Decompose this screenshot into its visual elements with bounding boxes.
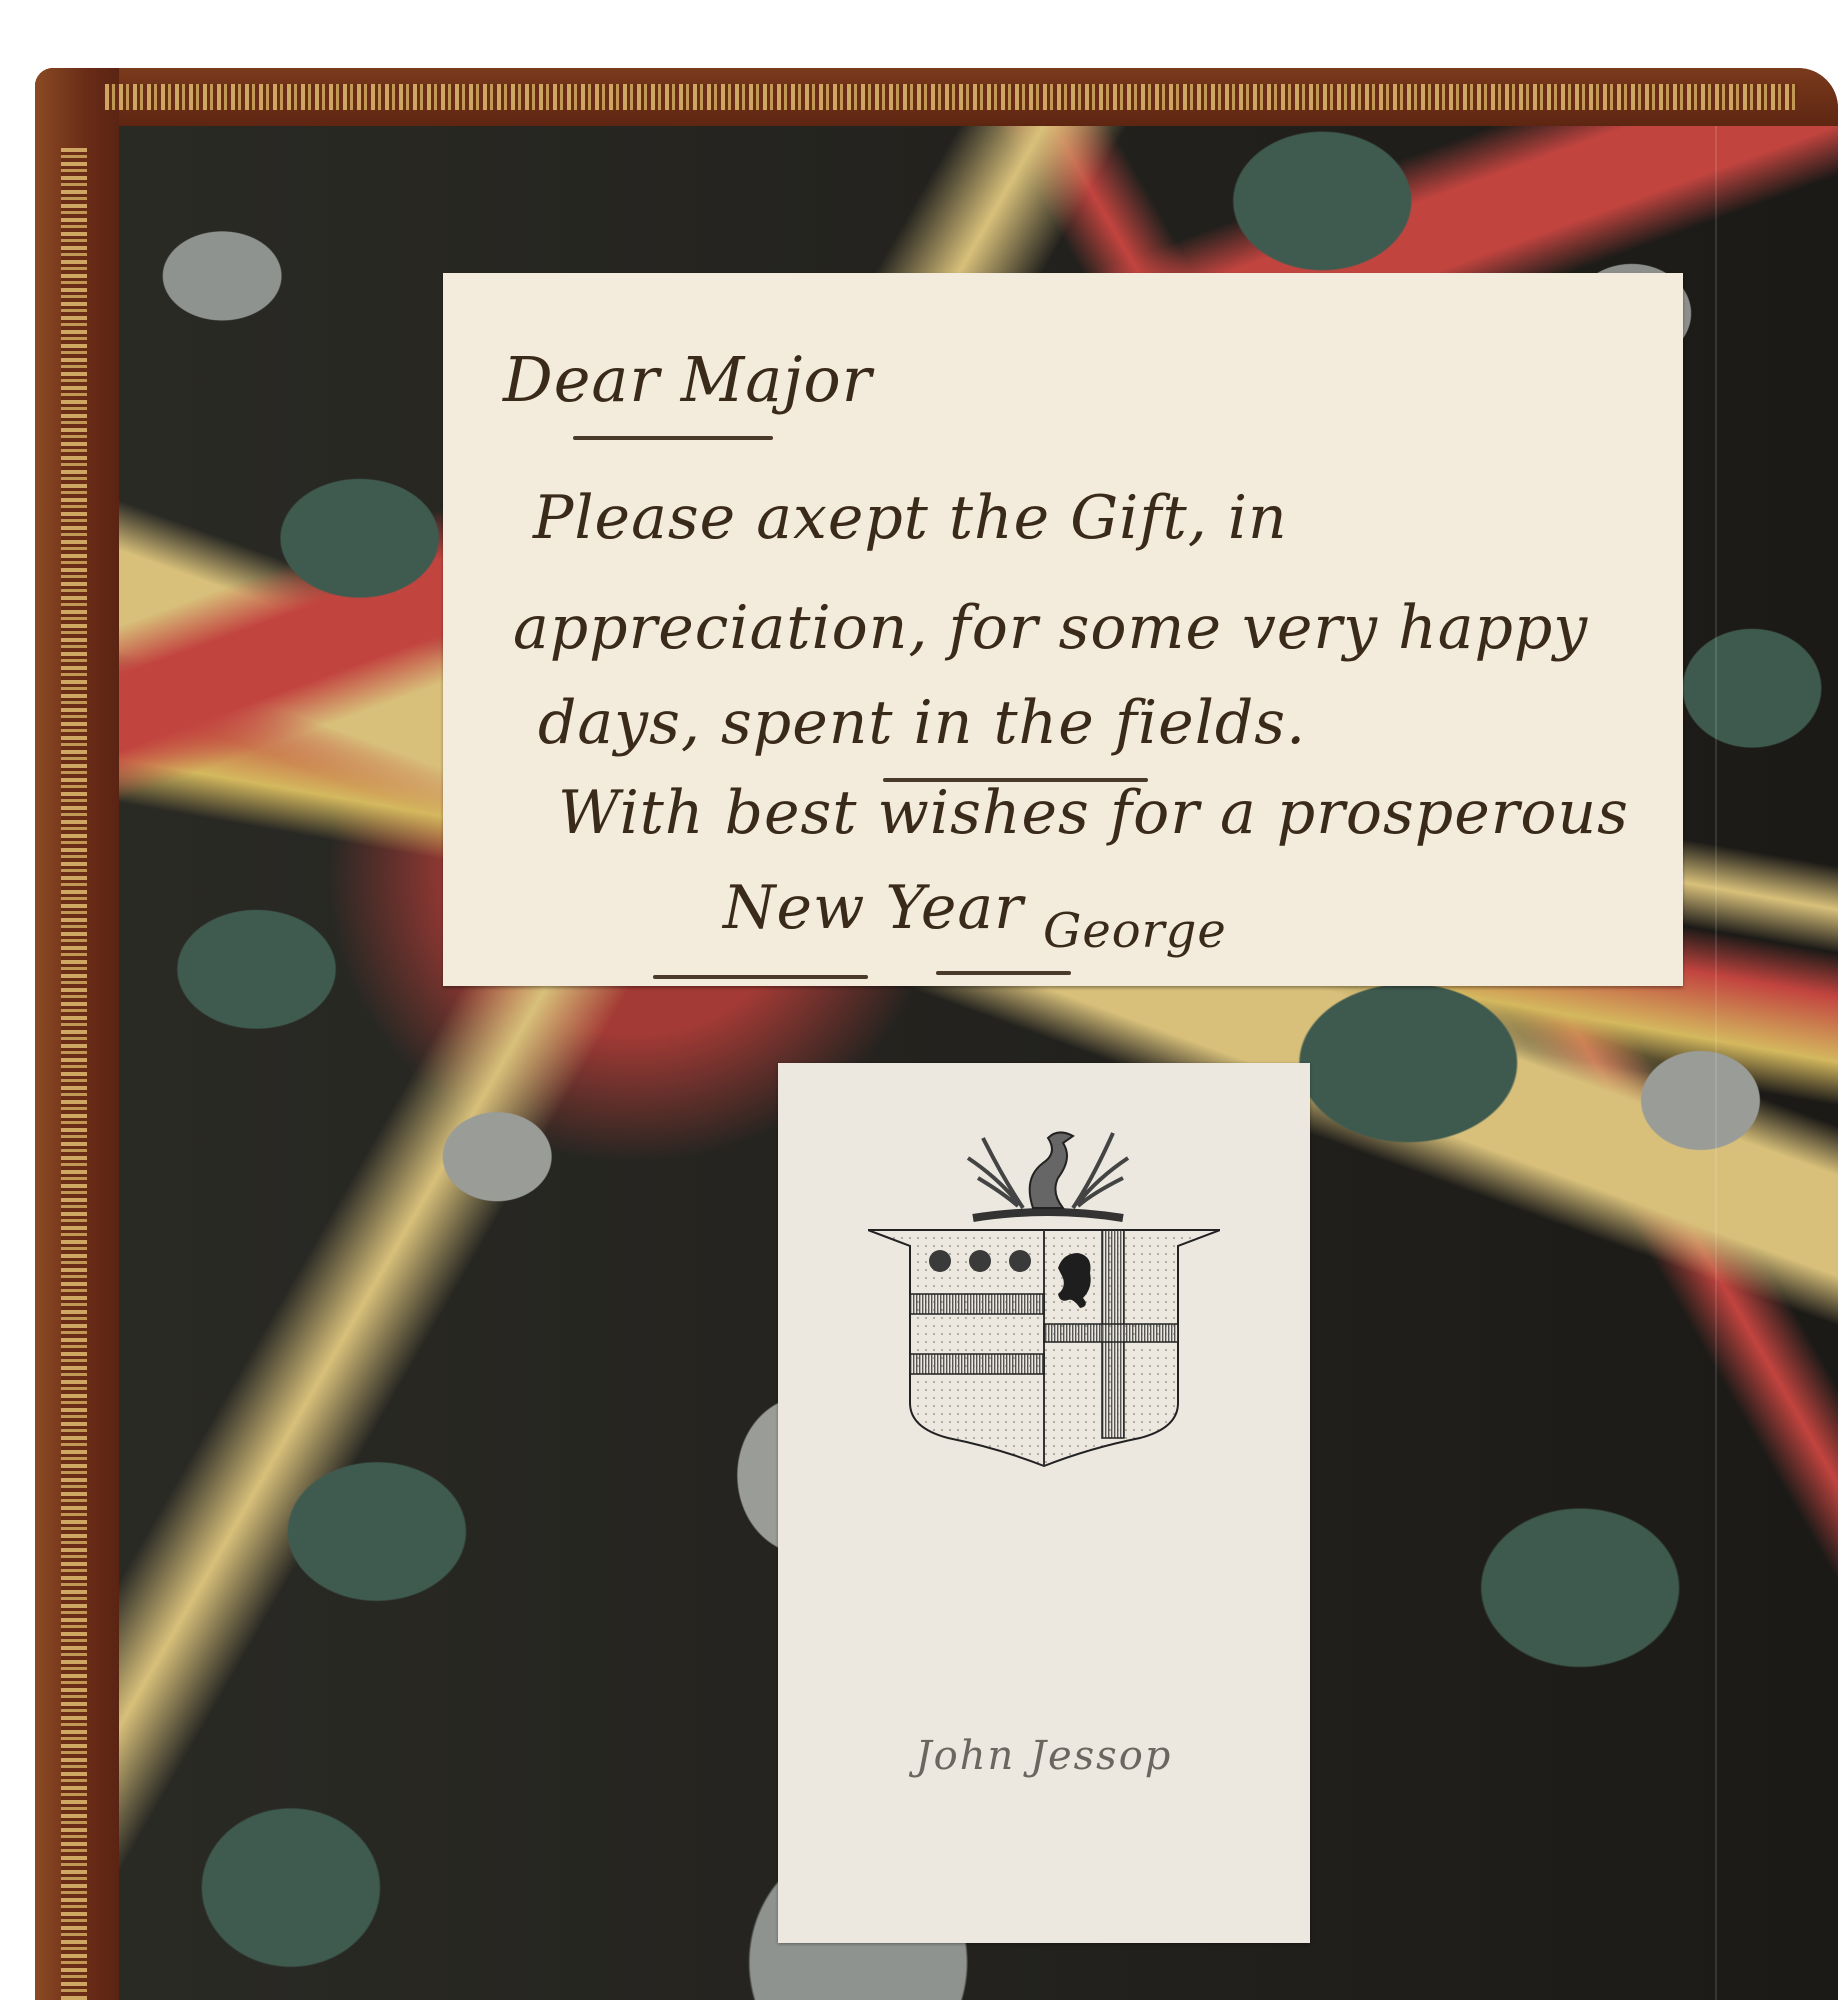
gilt-border-left bbox=[61, 148, 87, 2000]
signature-underline bbox=[936, 971, 1071, 975]
card-line-2: appreciation, for some very happy bbox=[513, 593, 1588, 663]
bookplate-owner-name: John Jessop bbox=[778, 1733, 1310, 1779]
armorial-bookplate: John Jessop bbox=[778, 1063, 1310, 1943]
dragon-crest-icon bbox=[963, 1118, 1133, 1228]
salutation-underline bbox=[573, 436, 773, 440]
card-line-1: Please axept the Gift, in bbox=[533, 483, 1288, 553]
new-year-underline bbox=[653, 975, 868, 979]
card-line-5: New Year bbox=[723, 873, 1024, 943]
endpaper-fold bbox=[1715, 126, 1717, 2000]
card-line-3: days, spent in the fields. bbox=[538, 688, 1306, 758]
coat-of-arms-shield bbox=[868, 1228, 1220, 1468]
leopard-faces-icon bbox=[929, 1250, 1031, 1272]
card-line-4: With best wishes for a prosperous bbox=[558, 778, 1629, 848]
gilt-border-top bbox=[105, 84, 1798, 110]
card-signature: George bbox=[1043, 903, 1227, 959]
handwritten-card: Dear Major Please axept the Gift, in app… bbox=[443, 273, 1683, 986]
card-salutation: Dear Major bbox=[503, 343, 872, 416]
